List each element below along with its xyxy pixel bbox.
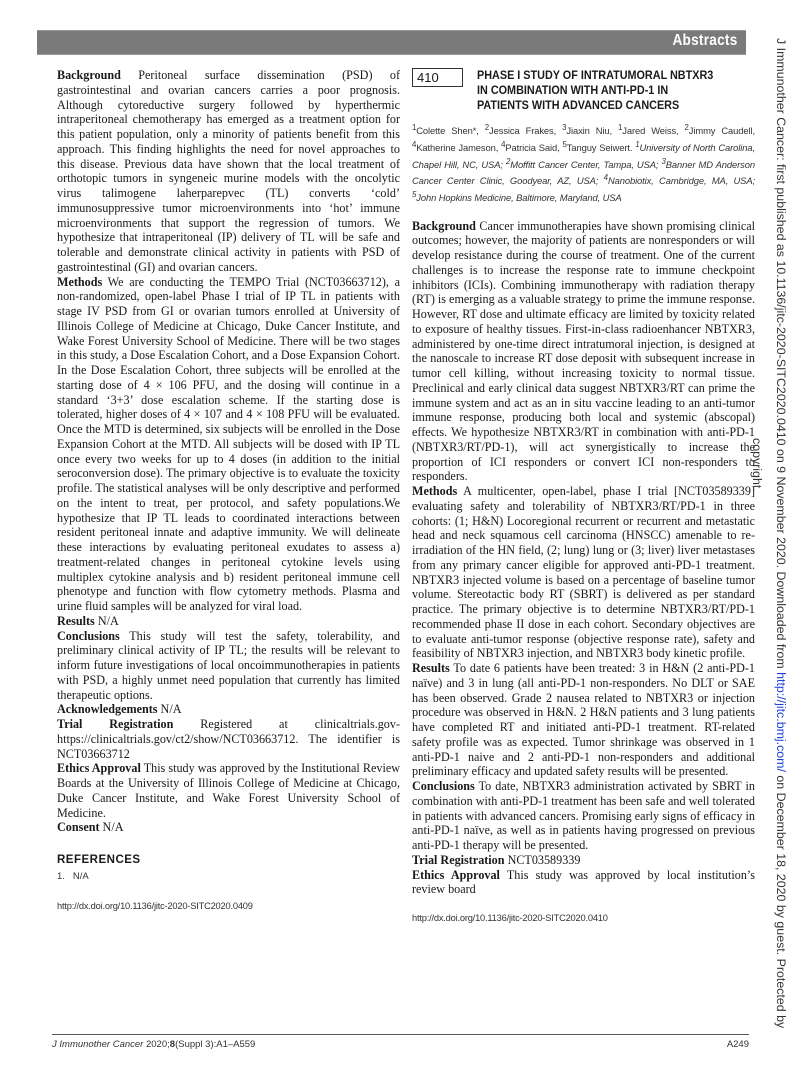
conclusions-section: Conclusions To date, NBTXR3 administrati… xyxy=(412,779,755,853)
background-section: Background Cancer immunotherapies have s… xyxy=(412,219,755,485)
author-name: Katherine Jameson xyxy=(416,142,495,153)
section-label: Trial Registration xyxy=(57,717,173,731)
side-download-notice: J Immunother Cancer: first published as … xyxy=(774,38,787,1038)
author-name: Jared Weiss xyxy=(622,125,676,136)
section-header-bar: Abstracts xyxy=(37,30,746,55)
citation-pages: (Suppl 3):A1–A559 xyxy=(175,1039,255,1050)
trial-registration-section: Trial Registration NCT03589339 xyxy=(412,853,755,868)
jitc-link[interactable]: http://jitc.bmj.com/ xyxy=(774,672,788,772)
author-name: Jessica Frakes xyxy=(489,125,554,136)
section-label: Trial Registration xyxy=(412,853,505,867)
ethics-approval-section: Ethics Approval This study was approved … xyxy=(57,761,400,820)
section-label: Results xyxy=(57,614,95,628)
results-section: Results To date 6 patients have been tre… xyxy=(412,661,755,779)
conclusions-section: Conclusions This study will test the saf… xyxy=(57,629,400,703)
author-name: Tanguy Seiwert xyxy=(567,142,630,153)
consent-section: Consent N/A xyxy=(57,820,400,835)
side-copyright: copyright. xyxy=(750,438,764,492)
footer-citation: J Immunother Cancer 2020;8(Suppl 3):A1–A… xyxy=(52,1039,255,1050)
background-section: Background Peritoneal surface disseminat… xyxy=(57,68,400,275)
section-label: Methods xyxy=(412,484,457,498)
section-label: Conclusions xyxy=(57,629,120,643)
section-label: Methods xyxy=(57,275,102,289)
page-number: A249 xyxy=(727,1039,749,1050)
section-text: Peritoneal surface dissemination (PSD) o… xyxy=(57,68,400,274)
citation-year: 2020; xyxy=(146,1039,170,1050)
section-text: N/A xyxy=(161,702,182,716)
section-text: N/A xyxy=(98,614,119,628)
notice-prefix: J Immunother Cancer: first published as … xyxy=(774,38,788,672)
section-label: Consent xyxy=(57,820,100,834)
ethics-approval-section: Ethics Approval This study was approved … xyxy=(412,868,755,898)
abstract-number-box: 410 xyxy=(412,68,463,87)
journal-name: J Immunother Cancer xyxy=(52,1039,143,1050)
section-label: Results xyxy=(412,661,450,675)
trial-registration-section: Trial Registration Registered at clinica… xyxy=(57,717,400,761)
references-heading: REFERENCES xyxy=(57,853,400,868)
right-column-abstract-410: 410 PHASE I STUDY OF INTRATUMORAL NBTXR3… xyxy=(412,68,755,926)
methods-section: Methods A multicenter, open-label, phase… xyxy=(412,484,755,661)
affiliation: John Hopkins Medicine, Baltimore, Maryla… xyxy=(416,192,621,203)
abstract-header: 410 PHASE I STUDY OF INTRATUMORAL NBTXR3… xyxy=(412,68,755,113)
section-label: Ethics Approval xyxy=(412,868,500,882)
results-section: Results N/A xyxy=(57,614,400,629)
reference-item: 1. N/A xyxy=(57,870,400,885)
section-text: To date 6 patients have been treated: 3 … xyxy=(412,661,755,778)
section-label: Background xyxy=(412,219,476,233)
methods-section: Methods We are conducting the TEMPO Tria… xyxy=(57,275,400,614)
section-text: N/A xyxy=(103,820,124,834)
section-title: Abstracts xyxy=(673,32,738,50)
left-column-abstract-409: Background Peritoneal surface disseminat… xyxy=(57,68,400,913)
author-name: Patricia Said xyxy=(505,142,557,153)
section-label: Ethics Approval xyxy=(57,761,141,775)
affiliation: Nanobiotix, Cambridge, MA, USA xyxy=(608,175,753,186)
section-label: Acknowledgements xyxy=(57,702,158,716)
doi-link[interactable]: http://dx.doi.org/10.1136/jitc-2020-SITC… xyxy=(412,911,755,926)
section-text: Cancer immunotherapies have shown promis… xyxy=(412,219,755,484)
abstract-title: PHASE I STUDY OF INTRATUMORAL NBTXR3 IN … xyxy=(477,68,722,113)
author-name: Colette Shen* xyxy=(416,125,476,136)
notice-suffix: on December 18, 2020 by guest. Protected… xyxy=(774,772,788,1028)
author-list: 1Colette Shen*, 2Jessica Frakes, 3Jiaxin… xyxy=(412,121,755,205)
section-text: A multicenter, open-label, phase I trial… xyxy=(412,484,755,660)
doi-link[interactable]: http://dx.doi.org/10.1136/jitc-2020-SITC… xyxy=(57,899,400,914)
section-text: We are conducting the TEMPO Trial (NCT03… xyxy=(57,275,400,614)
section-label: Conclusions xyxy=(412,779,475,793)
author-name: Jimmy Caudell xyxy=(689,125,753,136)
section-label: Background xyxy=(57,68,121,82)
author-name: Jiaxin Niu xyxy=(566,125,609,136)
footer-divider xyxy=(52,1034,749,1035)
acknowledgements-section: Acknowledgements N/A xyxy=(57,702,400,717)
affiliation: Moffitt Cancer Center, Tampa, USA xyxy=(510,159,656,170)
section-text: NCT03589339 xyxy=(508,853,581,867)
